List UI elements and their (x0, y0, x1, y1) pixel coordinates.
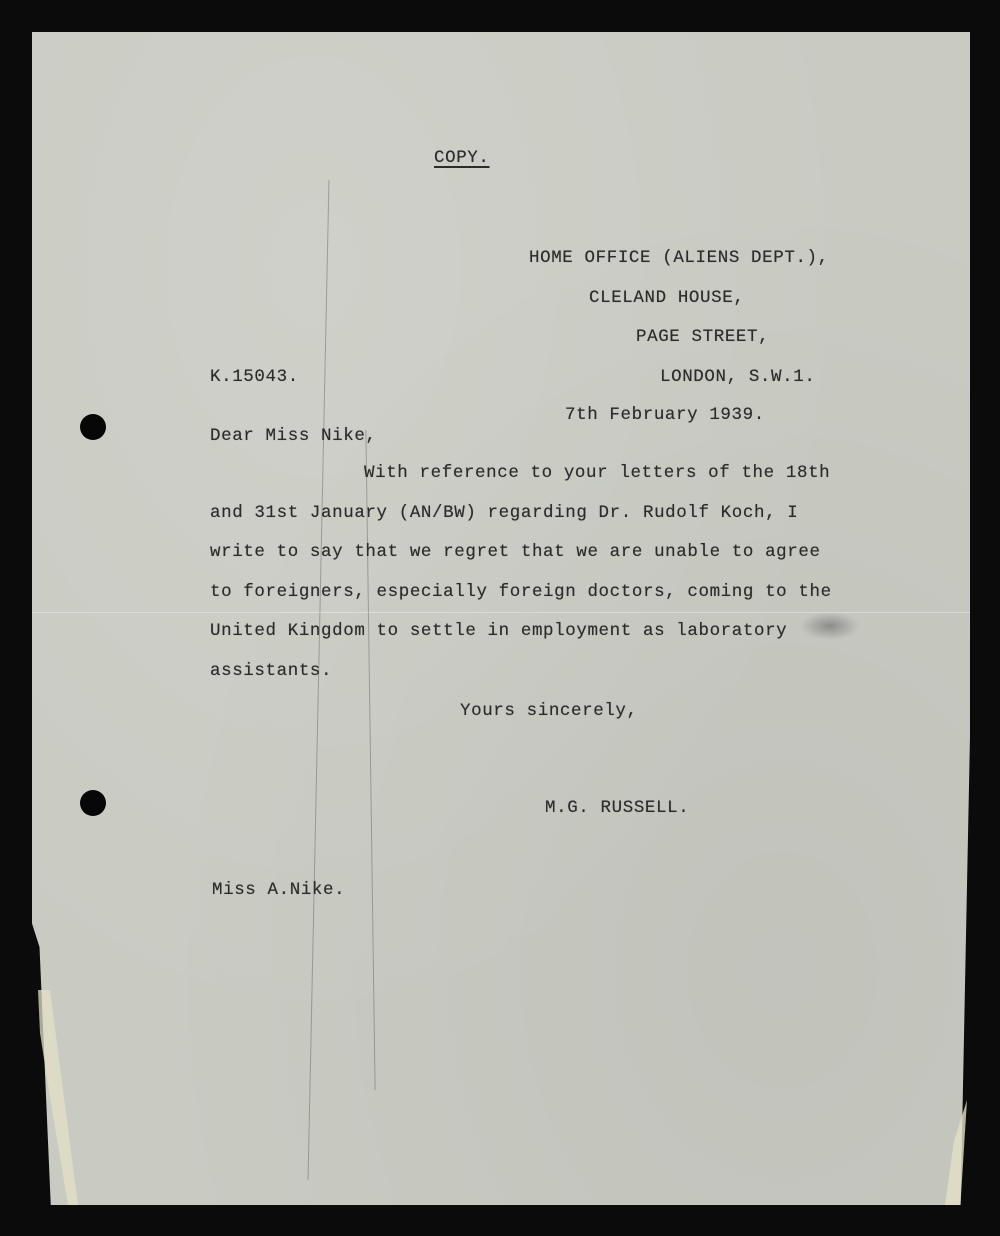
body-line: write to say that we regret that we are … (210, 542, 821, 562)
body-line: assistants. (210, 661, 332, 681)
address-line-3: PAGE STREET, (636, 327, 769, 347)
reference-number: K.15043. (210, 367, 299, 387)
recipient: Miss A.Nike. (212, 880, 345, 900)
body-line: to foreigners, especially foreign doctor… (210, 582, 832, 602)
signatory: M.G. RUSSELL. (545, 798, 689, 818)
address-line-2: CLELAND HOUSE, (589, 288, 744, 308)
body-line: United Kingdom to settle in employment a… (210, 621, 787, 641)
address-line-4: LONDON, S.W.1. (660, 367, 815, 387)
address-line-1: HOME OFFICE (ALIENS DEPT.), (529, 248, 829, 268)
body-line: With reference to your letters of the 18… (364, 463, 830, 483)
closing: Yours sincerely, (460, 701, 638, 721)
body-line: and 31st January (AN/BW) regarding Dr. R… (210, 503, 798, 523)
salutation: Dear Miss Nike, (210, 426, 377, 446)
ink-smudge (800, 612, 860, 640)
letter-date: 7th February 1939. (565, 405, 765, 425)
punch-hole-icon (80, 790, 106, 816)
punch-hole-icon (80, 414, 106, 440)
document-heading: COPY. (434, 148, 490, 168)
